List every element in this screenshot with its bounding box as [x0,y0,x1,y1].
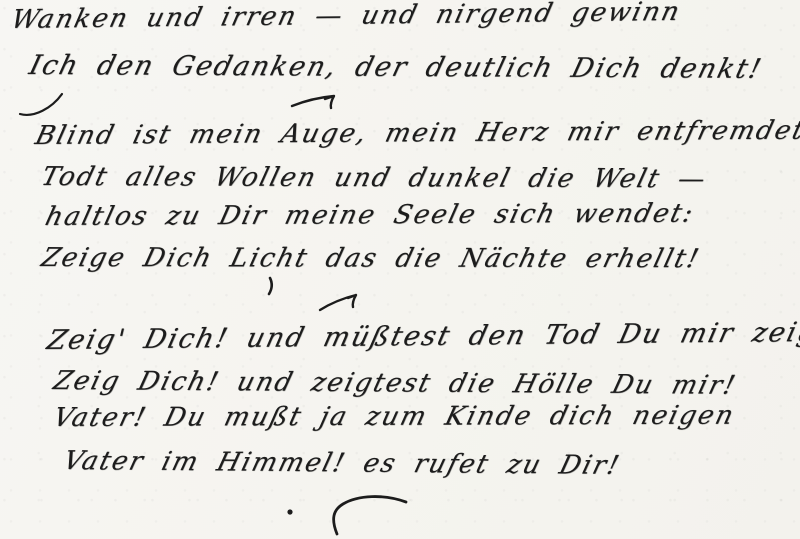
poem-line: Todt alles Wollen und dunkel die Welt — [38,163,710,195]
pen-descender-flourish-stroke [16,92,68,122]
manuscript-page: Wanken und irren — und nirgend gewinn Ic… [0,0,800,539]
stanza-divider-stroke [290,90,342,114]
poem-line: Zeige Dich Licht das die Nächte erhellt! [38,244,703,275]
poem-line: Wanken und irren — und nirgend gewinn [8,0,684,36]
poem-line: Blind ist mein Auge, mein Herz mir entfr… [32,117,800,152]
poem-line: Ich den Gedanken, der deutlich Dich denk… [26,50,766,85]
poem-line: Vater! Du mußt ja zum Kinde dich neigen [50,402,738,434]
poem-line: haltlos zu Dir meine Seele sich wendet: [42,200,697,233]
poem-line: Zeig Dich! und zeigtest die Hölle Du mir… [50,367,740,402]
stanza-divider-stroke [318,291,364,315]
ink-dot [287,509,292,514]
poem-line: Vater im Himmel! es rufet zu Dir! [60,447,623,482]
stray-ink-mark [266,276,278,298]
poem-line: Zeig' Dich! und müßtest den Tod Du mir z… [44,316,800,356]
closing-flourish-stroke [280,492,415,539]
